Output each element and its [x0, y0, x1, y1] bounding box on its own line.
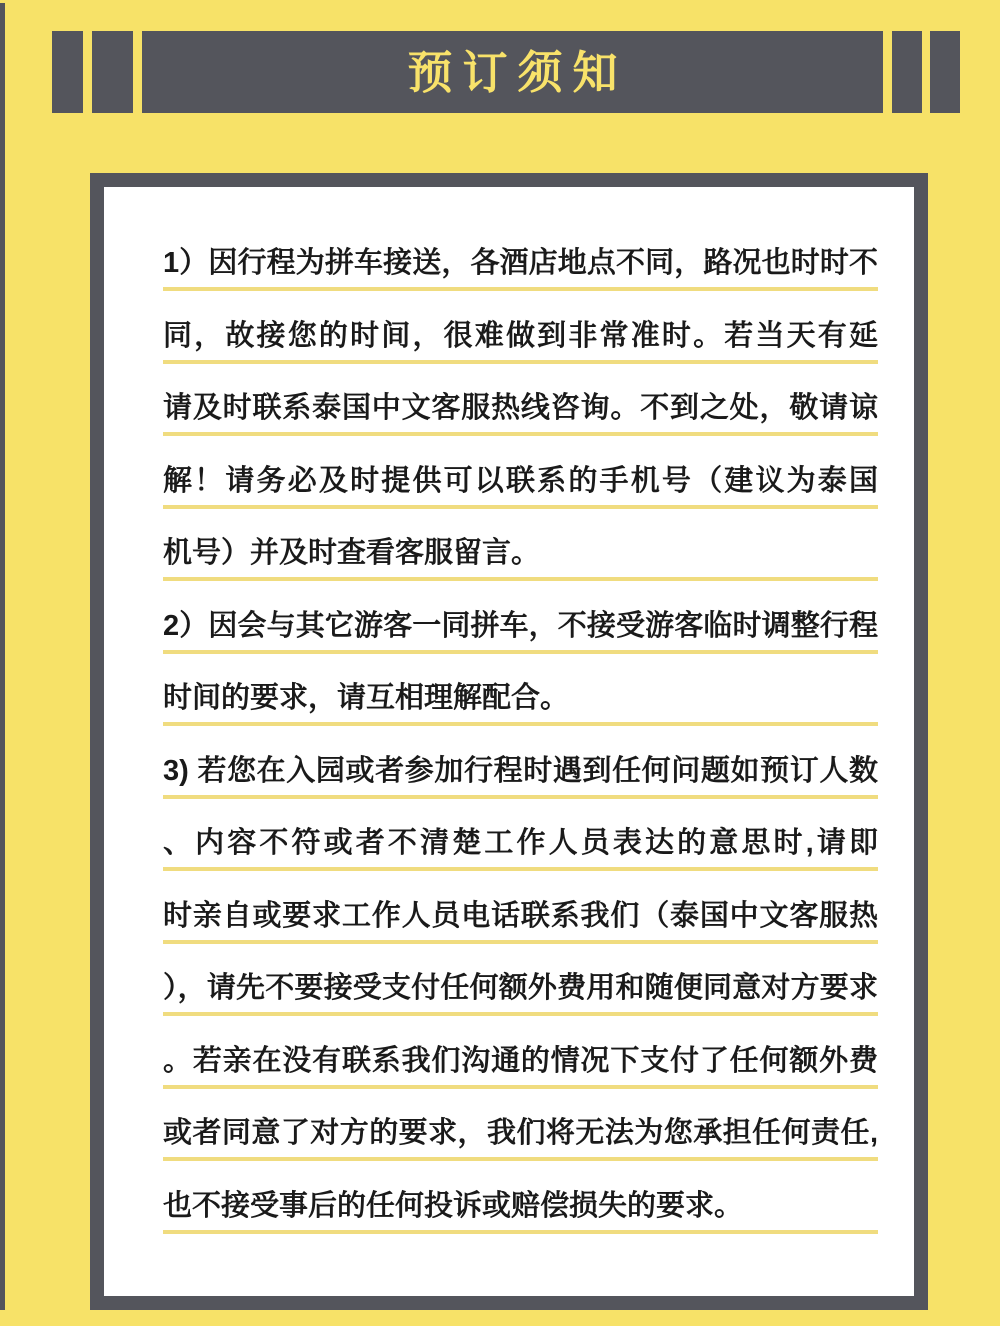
header-stripe-right-outer	[930, 31, 960, 113]
underline-rule	[163, 360, 878, 364]
header-banner: 预订须知	[142, 31, 883, 113]
notice-line-text: 时间的要求，请互相理解配合。	[163, 678, 878, 718]
underline-rule	[163, 1012, 878, 1016]
left-edge-strip	[0, 3, 5, 1310]
notice-body: 1）因行程为拼车接送，各酒店地点不同，路况也时时不 同，故接您的时间，很难做到非…	[163, 238, 878, 1253]
underline-rule	[163, 795, 878, 799]
notice-line-text: 解！请务必及时提供可以联系的手机号（建议为泰国 手	[163, 461, 878, 501]
notice-line-text: 同，故接您的时间，很难做到非常准时。若当天有延迟，	[163, 316, 878, 356]
underline-rule	[163, 940, 878, 944]
underline-rule	[163, 650, 878, 654]
notice-line: 也不接受事后的任何投诉或赔偿损失的要求。	[163, 1181, 878, 1254]
notice-line: 解！请务必及时提供可以联系的手机号（建议为泰国 手	[163, 456, 878, 529]
notice-line: 时亲自或要求工作人员电话联系我们（泰国中文客服热线	[163, 891, 878, 964]
page-title: 预订须知	[397, 50, 627, 95]
underline-rule	[163, 1157, 878, 1161]
notice-line-text: 也不接受事后的任何投诉或赔偿损失的要求。	[163, 1186, 878, 1226]
notice-line: 或者同意了对方的要求，我们将无法为您承担任何责任,	[163, 1108, 878, 1181]
notice-line-text: 机号）并及时查看客服留言。	[163, 533, 878, 573]
notice-line: 1）因行程为拼车接送，各酒店地点不同，路况也时时不	[163, 238, 878, 311]
notice-line-text: 、内容不符或者不清楚工作人员表达的意思时,请即	[163, 823, 878, 863]
notice-line: 机号）并及时查看客服留言。	[163, 528, 878, 601]
underline-rule	[163, 577, 878, 581]
underline-rule	[163, 505, 878, 509]
underline-rule	[163, 1085, 878, 1089]
notice-line-text: 请及时联系泰国中文客服热线咨询。不到之处，敬请谅	[163, 388, 878, 428]
header-stripe-right-inner	[892, 31, 922, 113]
notice-line-text: 1）因行程为拼车接送，各酒店地点不同，路况也时时不	[163, 243, 878, 283]
notice-line: 请及时联系泰国中文客服热线咨询。不到之处，敬请谅	[163, 383, 878, 456]
notice-line-text: 或者同意了对方的要求，我们将无法为您承担任何责任,	[163, 1113, 878, 1153]
notice-line: ），请先不要接受支付任何额外费用和随便同意对方要求	[163, 963, 878, 1036]
underline-rule	[163, 867, 878, 871]
notice-line-text: 时亲自或要求工作人员电话联系我们（泰国中文客服热线	[163, 896, 878, 936]
underline-rule	[163, 287, 878, 291]
notice-line: 、内容不符或者不清楚工作人员表达的意思时,请即	[163, 818, 878, 891]
notice-line-text: ），请先不要接受支付任何额外费用和随便同意对方要求	[163, 968, 878, 1008]
notice-line-text: 2）因会与其它游客一同拼车，不接受游客临时调整行程	[163, 606, 878, 646]
header-stripe-left-inner	[92, 31, 133, 113]
notice-line-text: 。若亲在没有联系我们沟通的情况下支付了任何额外费用	[163, 1041, 878, 1081]
underline-rule	[163, 1230, 878, 1234]
notice-line: 3) 若您在入园或者参加行程时遇到任何问题如预订人数	[163, 746, 878, 819]
notice-line: 同，故接您的时间，很难做到非常准时。若当天有延迟，	[163, 311, 878, 384]
notice-line: 2）因会与其它游客一同拼车，不接受游客临时调整行程	[163, 601, 878, 674]
header-stripe-left-outer	[52, 31, 83, 113]
underline-rule	[163, 432, 878, 436]
notice-line-text: 3) 若您在入园或者参加行程时遇到任何问题如预订人数	[163, 751, 878, 791]
underline-rule	[163, 722, 878, 726]
notice-line: 。若亲在没有联系我们沟通的情况下支付了任何额外费用	[163, 1036, 878, 1109]
notice-line: 时间的要求，请互相理解配合。	[163, 673, 878, 746]
booking-notice-poster: 预订须知 1）因行程为拼车接送，各酒店地点不同，路况也时时不 同，故接您的时间，…	[0, 0, 1000, 1326]
